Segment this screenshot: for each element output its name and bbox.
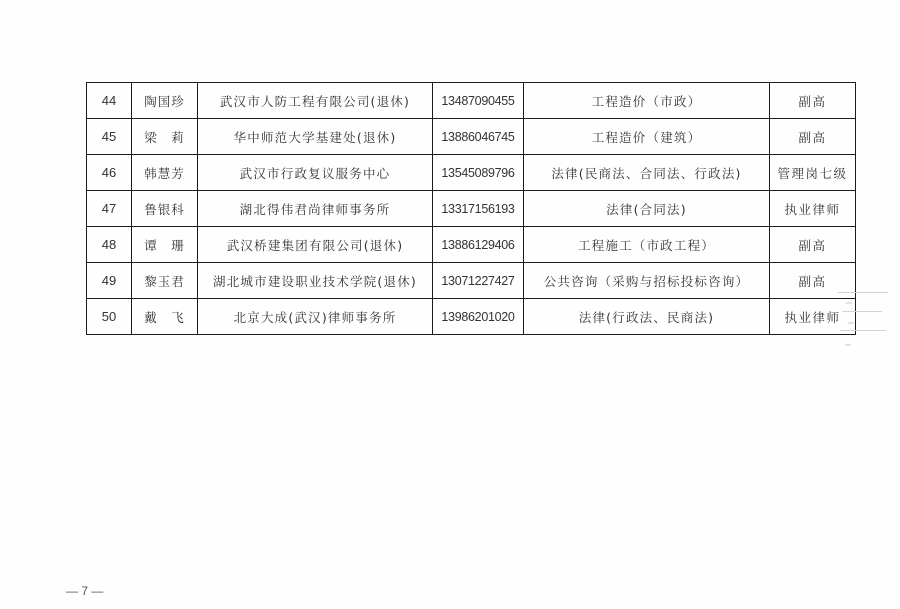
row-number: 46	[87, 155, 132, 191]
row-number: 50	[87, 299, 132, 335]
scan-artifact	[848, 322, 854, 324]
phone-number: 13545089796	[433, 155, 524, 191]
person-name: 鲁银科	[132, 191, 198, 227]
table-row: 48 谭 珊 武汉桥建集团有限公司(退休) 13886129406 工程施工（市…	[87, 227, 856, 263]
person-name: 陶国珍	[132, 83, 198, 119]
specialty: 法律(行政法、民商法)	[524, 299, 770, 335]
scan-artifact	[845, 344, 851, 346]
specialty: 法律(合同法)	[524, 191, 770, 227]
row-number: 49	[87, 263, 132, 299]
row-number: 44	[87, 83, 132, 119]
person-name: 梁 莉	[132, 119, 198, 155]
professional-title: 副高	[770, 119, 856, 155]
expert-roster-table: 44 陶国珍 武汉市人防工程有限公司(退休) 13487090455 工程造价（…	[86, 82, 856, 335]
person-name: 戴 飞	[132, 299, 198, 335]
table-row: 46 韩慧芳 武汉市行政复议服务中心 13545089796 法律(民商法、合同…	[87, 155, 856, 191]
page-number: — 7 —	[66, 584, 103, 598]
table-row: 45 梁 莉 华中师范大学基建处(退休) 13886046745 工程造价（建筑…	[87, 119, 856, 155]
scan-artifact	[842, 311, 882, 312]
specialty: 工程造价（建筑）	[524, 119, 770, 155]
professional-title: 副高	[770, 227, 856, 263]
work-unit: 武汉桥建集团有限公司(退休)	[198, 227, 433, 263]
person-name: 韩慧芳	[132, 155, 198, 191]
work-unit: 北京大成(武汉)律师事务所	[198, 299, 433, 335]
professional-title: 执业律师	[770, 191, 856, 227]
phone-number: 13317156193	[433, 191, 524, 227]
scan-artifact	[846, 302, 852, 304]
professional-title: 副高	[770, 83, 856, 119]
scan-artifact	[838, 292, 888, 293]
specialty: 法律(民商法、合同法、行政法)	[524, 155, 770, 191]
specialty: 工程造价（市政）	[524, 83, 770, 119]
professional-title: 管理岗七级	[770, 155, 856, 191]
scan-artifact	[840, 330, 886, 331]
table-row: 50 戴 飞 北京大成(武汉)律师事务所 13986201020 法律(行政法、…	[87, 299, 856, 335]
row-number: 48	[87, 227, 132, 263]
table-row: 44 陶国珍 武汉市人防工程有限公司(退休) 13487090455 工程造价（…	[87, 83, 856, 119]
work-unit: 武汉市人防工程有限公司(退休)	[198, 83, 433, 119]
work-unit: 湖北城市建设职业技术学院(退休)	[198, 263, 433, 299]
row-number: 45	[87, 119, 132, 155]
table-row: 47 鲁银科 湖北得伟君尚律师事务所 13317156193 法律(合同法) 执…	[87, 191, 856, 227]
work-unit: 湖北得伟君尚律师事务所	[198, 191, 433, 227]
phone-number: 13071227427	[433, 263, 524, 299]
person-name: 谭 珊	[132, 227, 198, 263]
phone-number: 13886129406	[433, 227, 524, 263]
professional-title: 副高	[770, 263, 856, 299]
specialty: 公共咨询（采购与招标投标咨询）	[524, 263, 770, 299]
work-unit: 武汉市行政复议服务中心	[198, 155, 433, 191]
phone-number: 13886046745	[433, 119, 524, 155]
work-unit: 华中师范大学基建处(退休)	[198, 119, 433, 155]
table-row: 49 黎玉君 湖北城市建设职业技术学院(退休) 13071227427 公共咨询…	[87, 263, 856, 299]
specialty: 工程施工（市政工程）	[524, 227, 770, 263]
phone-number: 13986201020	[433, 299, 524, 335]
row-number: 47	[87, 191, 132, 227]
phone-number: 13487090455	[433, 83, 524, 119]
person-name: 黎玉君	[132, 263, 198, 299]
document-page: 44 陶国珍 武汉市人防工程有限公司(退休) 13487090455 工程造价（…	[0, 0, 900, 609]
